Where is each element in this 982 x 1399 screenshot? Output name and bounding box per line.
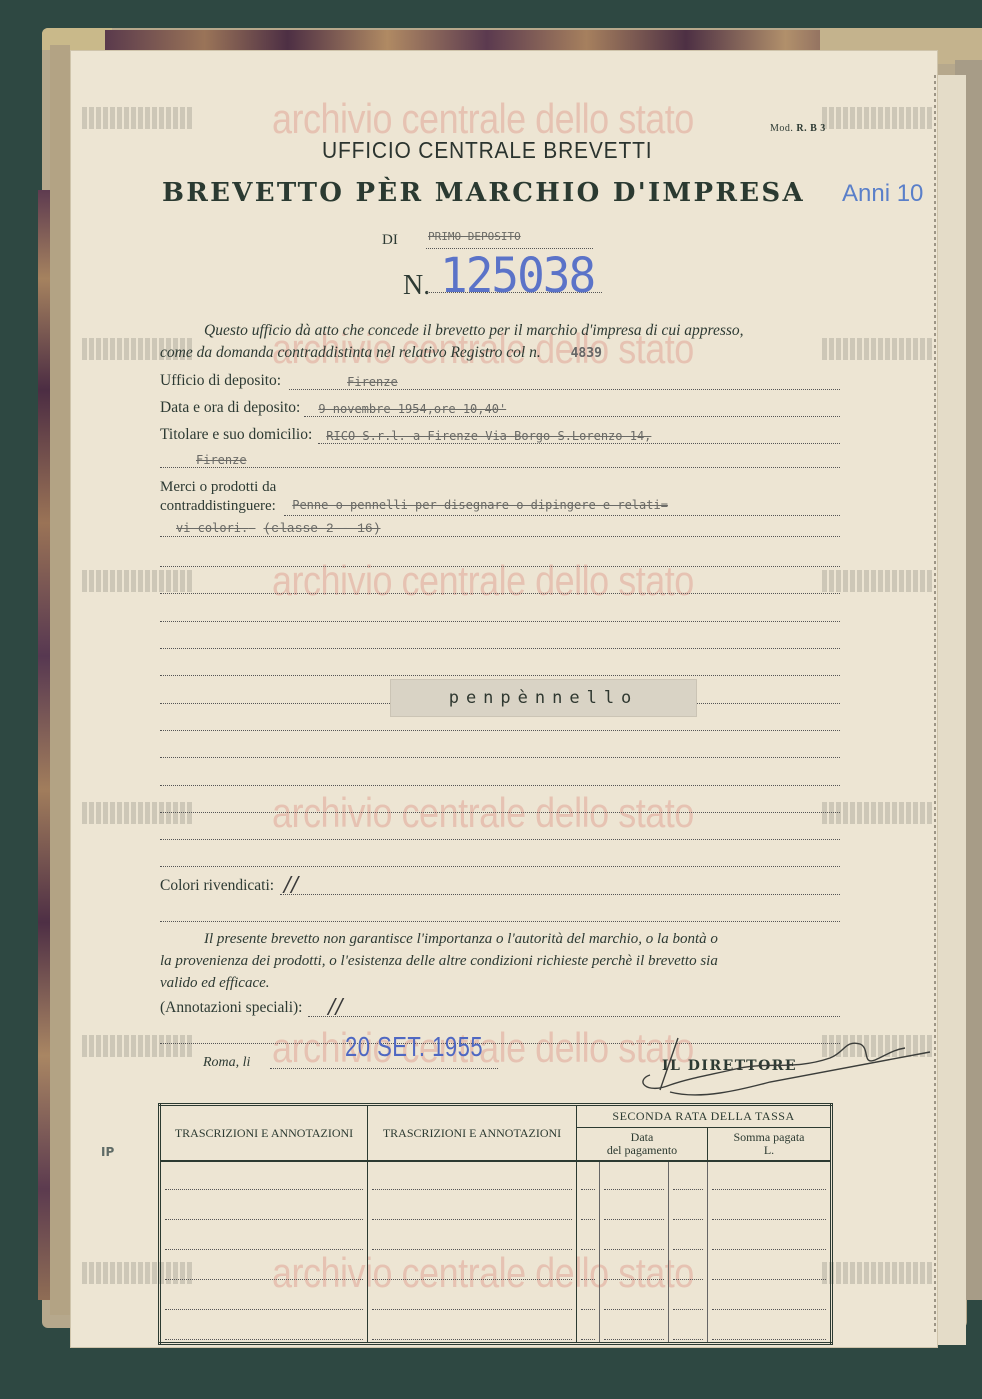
table-row	[160, 1282, 832, 1312]
table-row	[160, 1222, 832, 1252]
certificate-content: Mod. R. B 3 UFFICIO CENTRALE BREVETTI BR…	[0, 0, 982, 1399]
table-row	[160, 1252, 832, 1282]
data-label: Data e ora di deposito:	[160, 399, 300, 417]
merci-label-line-2: contraddistinguere:	[160, 498, 276, 514]
merci-class: (classe 2 - 16)	[263, 521, 380, 536]
merci-value-text: vi colori.	[176, 521, 248, 535]
ufficio-label: Ufficio di deposito:	[160, 372, 281, 390]
ufficio-value: Firenze	[289, 375, 840, 390]
cell	[160, 1222, 368, 1252]
titolare-label: Titolare e suo domicilio:	[160, 426, 312, 444]
cell	[669, 1282, 708, 1312]
col-header-trascrizioni-2: TRASCRIZIONI E ANNOTAZIONI	[368, 1105, 577, 1162]
blank-line	[160, 566, 840, 567]
colori-field: Colori rivendicati: //	[160, 876, 840, 895]
intro-line-1: Questo ufficio dà atto che concede il br…	[204, 322, 744, 339]
annotazioni-value: //	[308, 998, 840, 1017]
cell	[160, 1282, 368, 1312]
merci-label-line-1: Merci o prodotti da	[160, 479, 276, 495]
cell	[600, 1222, 669, 1252]
data-label: Data	[631, 1130, 654, 1144]
cell	[577, 1252, 600, 1282]
pagamento-label: del pagamento	[607, 1143, 677, 1157]
cell	[708, 1192, 832, 1222]
titolare-field-cont: Firenze	[160, 453, 840, 468]
cell	[160, 1252, 368, 1282]
annotazioni-field: (Annotazioni speciali): //	[160, 998, 840, 1017]
cell	[669, 1192, 708, 1222]
colori-label: Colori rivendicati:	[160, 877, 274, 895]
cell	[577, 1192, 600, 1222]
table-row	[160, 1192, 832, 1222]
blank-line	[160, 921, 840, 922]
col-header-trascrizioni-1: TRASCRIZIONI E ANNOTAZIONI	[160, 1105, 368, 1162]
cell	[577, 1282, 600, 1312]
col-header-seconda-rata: SECONDA RATA DELLA TASSA	[577, 1105, 832, 1128]
cell	[600, 1192, 669, 1222]
cell	[600, 1252, 669, 1282]
cell	[368, 1222, 577, 1252]
cell	[708, 1161, 832, 1192]
table-row	[160, 1161, 832, 1192]
trademark-specimen: penpènnello	[390, 679, 697, 717]
cell	[577, 1312, 600, 1344]
data-value: 9 novembre 1954,ore 10,40'	[304, 402, 840, 417]
office-heading: UFFICIO CENTRALE BREVETTI	[322, 138, 652, 165]
register-number: 4839	[571, 346, 602, 361]
merci-label: Merci o prodotti da contraddistinguere:	[160, 478, 276, 516]
disclaimer-line-2: la provenienza dei prodotti, o l'esisten…	[160, 953, 718, 969]
signature-icon	[630, 1030, 950, 1110]
merci-value-line-2: vi colori. (classe 2 - 16)	[160, 521, 840, 537]
cell	[577, 1222, 600, 1252]
cell	[368, 1282, 577, 1312]
cell	[669, 1312, 708, 1344]
cell	[160, 1161, 368, 1192]
duration-stamp: Anni 10	[842, 180, 923, 208]
somma-label: Somma pagata	[734, 1130, 805, 1144]
ufficio-field: Ufficio di deposito: Firenze	[160, 372, 840, 390]
blank-line	[160, 648, 840, 649]
titolare-value-line-1: RICO S.r.l. a Firenze Via Borgo S.Lorenz…	[318, 429, 840, 444]
intro-line-2: come da domanda contraddistinta nel rela…	[160, 344, 541, 361]
cell	[577, 1161, 600, 1192]
form-code-prefix: Mod.	[770, 123, 793, 134]
form-code-value: R. B 3	[796, 123, 825, 134]
blank-line	[160, 866, 840, 867]
cell	[600, 1312, 669, 1344]
form-code: Mod. R. B 3	[770, 123, 826, 134]
merci-field-cont: vi colori. (classe 2 - 16)	[160, 521, 840, 537]
annotazioni-value-text: //	[328, 998, 343, 1017]
colori-value-text: //	[284, 876, 299, 895]
cell	[368, 1192, 577, 1222]
document-title: BREVETTO PÈR MARCHIO D'IMPRESA	[162, 178, 805, 208]
cell	[708, 1252, 832, 1282]
cell	[669, 1161, 708, 1192]
disclaimer-line-1: Il presente brevetto non garantisce l'im…	[204, 931, 718, 947]
blank-line	[160, 839, 840, 840]
titolare-field: Titolare e suo domicilio: RICO S.r.l. a …	[160, 426, 840, 444]
di-label: DI	[382, 232, 398, 249]
cell	[368, 1252, 577, 1282]
cell	[160, 1312, 368, 1344]
cell	[669, 1252, 708, 1282]
merci-value-line-1: Penne o pennelli per disegnare o dipinge…	[284, 496, 840, 516]
blank-line	[160, 785, 840, 786]
number-label: N.	[403, 270, 430, 302]
annotazioni-label: (Annotazioni speciali):	[160, 999, 302, 1017]
cell	[708, 1282, 832, 1312]
cell	[368, 1312, 577, 1344]
date-underline	[270, 1068, 498, 1069]
col-header-somma-pagata: Somma pagata L.	[708, 1127, 832, 1161]
transcriptions-table: TRASCRIZIONI E ANNOTAZIONI TRASCRIZIONI …	[158, 1103, 833, 1345]
cell	[600, 1282, 669, 1312]
cell	[708, 1222, 832, 1252]
colori-value: //	[280, 876, 840, 895]
col-header-data-pagamento: Data del pagamento	[577, 1127, 708, 1161]
blank-line	[160, 812, 840, 813]
blank-line	[160, 757, 840, 758]
disclaimer-line-3: valido ed efficace.	[160, 975, 270, 991]
patent-number-stamp: 125038	[440, 247, 594, 304]
cell	[368, 1161, 577, 1192]
date-stamp: 20 SET. 1955	[345, 1031, 483, 1064]
lire-label: L.	[764, 1143, 774, 1157]
titolare-value-line-2: Firenze	[160, 453, 840, 468]
data-field: Data e ora di deposito: 9 novembre 1954,…	[160, 399, 840, 417]
place-label: Roma, li	[203, 1055, 250, 1071]
cell	[669, 1222, 708, 1252]
intro-paragraph: Questo ufficio dà atto che concede il br…	[160, 320, 840, 365]
table-row	[160, 1312, 832, 1344]
cell	[160, 1192, 368, 1222]
blank-line	[160, 675, 840, 676]
cell	[600, 1161, 669, 1192]
blank-line	[160, 621, 840, 622]
disclaimer-paragraph: Il presente brevetto non garantisce l'im…	[160, 928, 840, 994]
margin-mark: IP	[101, 1145, 114, 1159]
blank-line	[160, 593, 840, 594]
cell	[708, 1312, 832, 1344]
merci-field: Merci o prodotti da contraddistinguere: …	[160, 478, 840, 516]
blank-line	[160, 730, 840, 731]
